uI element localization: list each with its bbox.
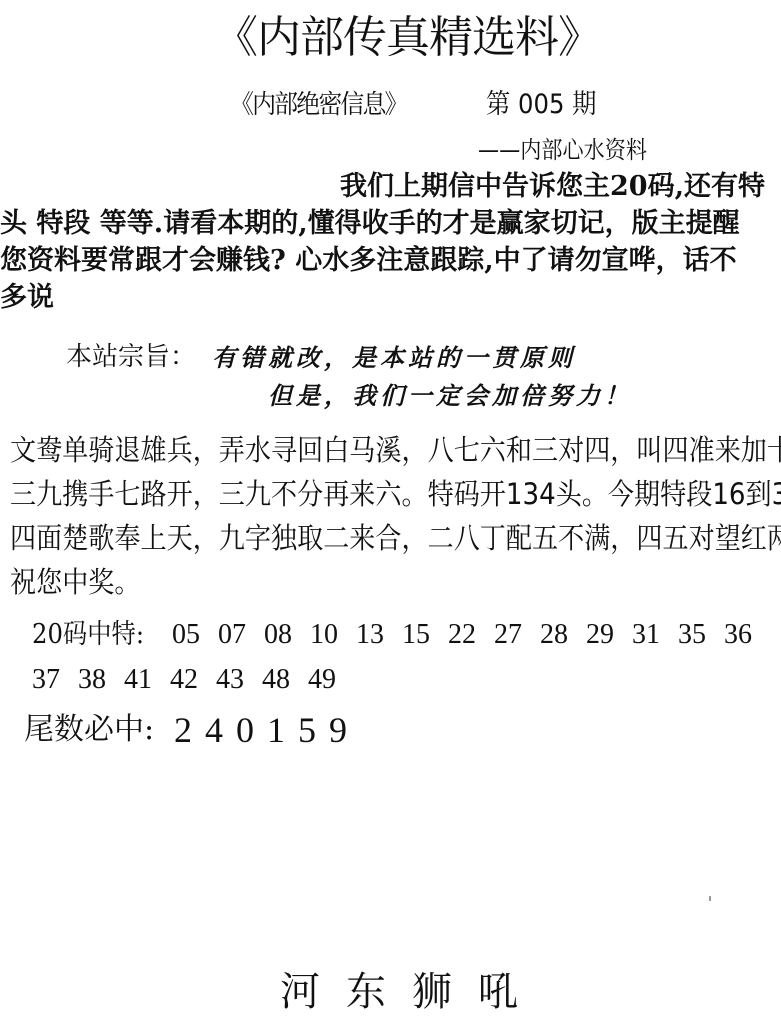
intro-line: 您资料要常跟才会赚钱? 心水多注意跟踪,中了请勿宣哗，话不 bbox=[0, 242, 781, 279]
number-pick: 49 bbox=[308, 658, 354, 702]
number-pick: 08 bbox=[264, 613, 310, 657]
tail-digit: 1 bbox=[267, 708, 298, 752]
number-row: 37 38 41 42 43 48 49 bbox=[32, 657, 770, 702]
motto-line: 有错就改，是本站的一贯原则 bbox=[212, 342, 576, 374]
number-pick: 43 bbox=[216, 658, 262, 702]
tail-digit: 4 bbox=[205, 708, 236, 752]
page-title: 《内部传真精选料》 bbox=[214, 10, 601, 66]
number-pick: 15 bbox=[402, 613, 448, 657]
intro-line-truncated: 多说 bbox=[0, 279, 781, 316]
number-pick: 35 bbox=[678, 613, 724, 657]
number-pick: 10 bbox=[310, 613, 356, 657]
number-pick: 36 bbox=[724, 613, 770, 657]
scan-artifact bbox=[709, 896, 711, 901]
number-pick: 05 bbox=[172, 613, 218, 657]
number-row: 20码中特: 05 07 08 10 13 15 22 27 28 29 31 … bbox=[32, 612, 770, 657]
number-pick: 41 bbox=[124, 658, 170, 702]
issue-number: 第 005 期 bbox=[486, 88, 596, 122]
poem-line: 文鸯单骑退雄兵，弄水寻回白马溪，八七六和三对四，叫四准来加十一 bbox=[10, 428, 781, 472]
tail-digit: 2 bbox=[174, 708, 205, 752]
number-picks: 20码中特: 05 07 08 10 13 15 22 27 28 29 31 … bbox=[32, 612, 770, 702]
poem-line: 四面楚歌奉上天，九字独取二来合，二八丁配五不满，四五对望红两边 bbox=[10, 516, 781, 560]
tail-digit: 5 bbox=[298, 708, 329, 752]
number-pick: 48 bbox=[262, 658, 308, 702]
motto-line: 但是，我们一定会加倍努力！ bbox=[268, 380, 632, 412]
number-pick: 38 bbox=[78, 658, 124, 702]
number-pick: 07 bbox=[218, 613, 264, 657]
tail-digits: 尾数必中: 2 4 0 1 5 9 bbox=[24, 708, 360, 752]
number-pick: 28 bbox=[540, 613, 586, 657]
poem-line: 祝您中奖。 bbox=[10, 560, 781, 604]
number-pick: 13 bbox=[356, 613, 402, 657]
number-pick: 42 bbox=[170, 658, 216, 702]
poem: 文鸯单骑退雄兵，弄水寻回白马溪，八七六和三对四，叫四准来加十一 三九携手七路开，… bbox=[10, 428, 781, 604]
tagline: ——内部心水资料 bbox=[478, 134, 647, 166]
motto-label: 本站宗旨： bbox=[66, 340, 196, 374]
number-pick: 29 bbox=[586, 613, 632, 657]
number-pick: 37 bbox=[32, 658, 78, 702]
number-pick: 31 bbox=[632, 613, 678, 657]
poem-line: 三九携手七路开，三九不分再来六。特码开134头。今期特段16到35， bbox=[10, 472, 781, 516]
number-pick: 22 bbox=[448, 613, 494, 657]
publication-name: 《内部绝密信息》 bbox=[230, 88, 407, 122]
tail-digits-label: 尾数必中: bbox=[24, 708, 174, 752]
number-picks-label: 20码中特: bbox=[32, 613, 158, 657]
intro-line: 头 特段 等等.请看本期的,懂得收手的才是赢家切记，版主提醒 bbox=[0, 205, 781, 242]
intro-line: 我们上期信中告诉您主20码,还有特 bbox=[0, 168, 781, 205]
signature: 河东狮吼 bbox=[280, 966, 544, 1018]
tail-digit: 0 bbox=[236, 708, 267, 752]
intro-paragraph: 我们上期信中告诉您主20码,还有特 头 特段 等等.请看本期的,懂得收手的才是赢… bbox=[0, 168, 781, 316]
number-pick: 27 bbox=[494, 613, 540, 657]
tail-digit: 9 bbox=[329, 708, 360, 752]
